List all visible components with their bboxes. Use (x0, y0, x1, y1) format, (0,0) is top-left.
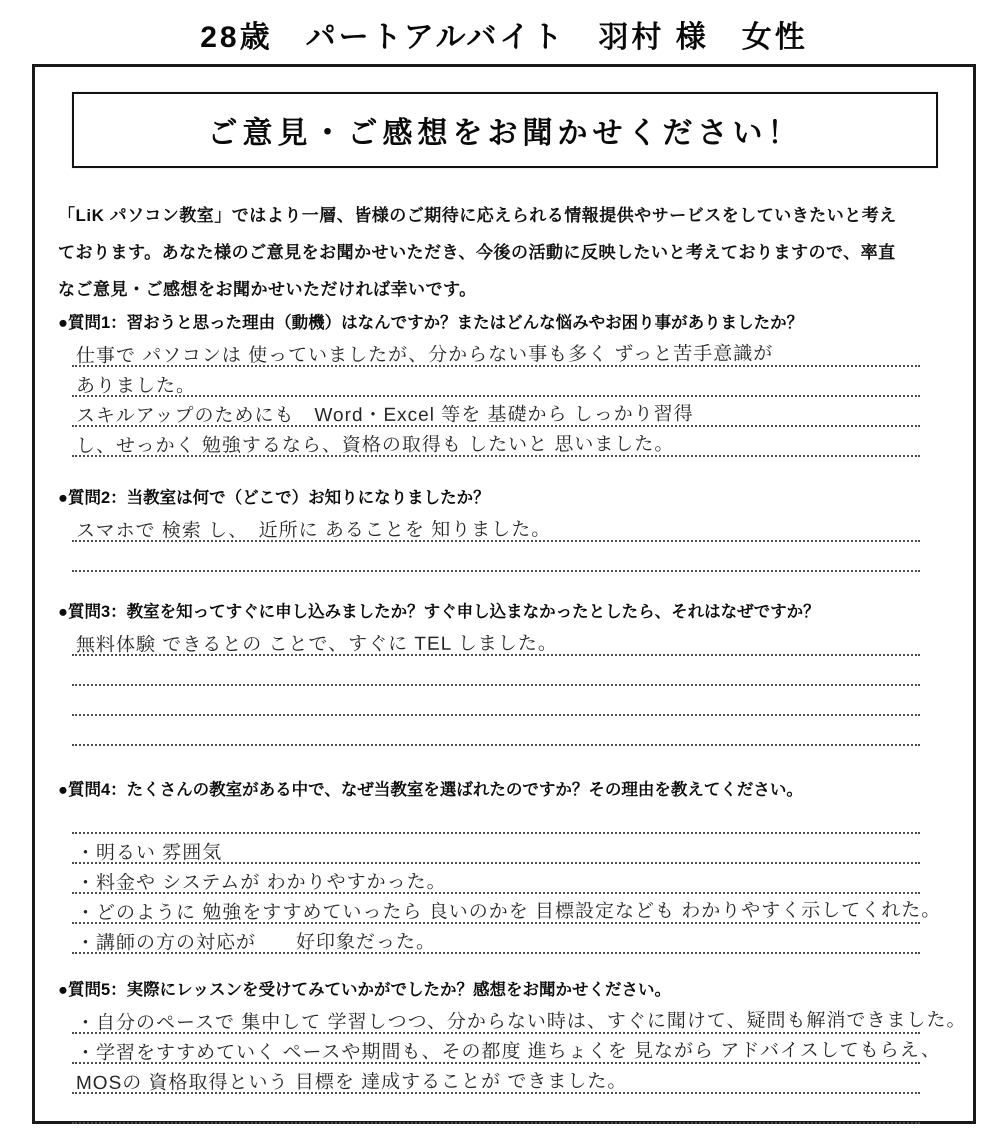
answer-line: スマホで 検索 し、 近所に あることを 知りました。 (72, 512, 920, 542)
answer-line: MOSの 資格取得という 目標を 達成することが できました。 (72, 1064, 920, 1094)
answer-line: ・明るい 雰囲気 (72, 834, 920, 864)
handwritten-answer: ・料金や システムが わかりやすかった。 (76, 867, 447, 895)
question-3-label: ●質問3：教室を知ってすぐに申し込みましたか？すぐ申し込まなかったとしたら、それ… (58, 601, 950, 624)
intro-line: ております。あなた様のご意見をお聞かせいただき、今後の活動に反映したいと考えてお… (58, 234, 948, 271)
handwritten-answer: ・講師の方の対応が 好印象だった。 (76, 927, 436, 955)
intro-line: なご意見・ご感想をお聞かせいただければ幸いです。 (58, 271, 948, 308)
answer-line: ・学習をすすめていく ペースや期間も、その都度 進ちょくを 見ながら アドバイス… (72, 1034, 920, 1064)
answer-line (72, 716, 920, 746)
question-1-answer-lines: 仕事で パソコンは 使っていましたが、分からない事も多く ずっと苦手意識が あり… (72, 337, 920, 457)
handwritten-answer: MOSの 資格取得という 目標を 達成することが できました。 (76, 1066, 627, 1095)
answer-line: ・料金や システムが わかりやすかった。 (72, 864, 920, 894)
question-3-answer-lines: 無料体験 できるとの ことで、すぐに TEL しました。 (72, 626, 920, 746)
answer-line: 仕事で パソコンは 使っていましたが、分からない事も多く ずっと苦手意識が (72, 337, 920, 367)
question-4-label: ●質問4：たくさんの教室がある中で、なぜ当教室を選ばれたのですか？その理由を教え… (58, 779, 950, 802)
page-title: 28歳 パートアルバイト 羽村 様 女性 (0, 12, 1008, 56)
answer-line (72, 1094, 920, 1124)
question-3-section: ●質問3：教室を知ってすぐに申し込みましたか？すぐ申し込まなかったとしたら、それ… (58, 601, 950, 746)
handwritten-answer: ・明るい 雰囲気 (76, 837, 222, 865)
question-2-answer-lines: スマホで 検索 し、 近所に あることを 知りました。 (72, 512, 920, 572)
handwritten-answer: 無料体験 できるとの ことで、すぐに TEL しました。 (76, 628, 558, 657)
handwritten-answer: 仕事で パソコンは 使っていましたが、分からない事も多く ずっと苦手意識が (76, 339, 773, 368)
answer-line (72, 542, 920, 572)
intro-line: 「LiK パソコン教室」ではより一層、皆様のご期待に応えられる情報提供やサービス… (58, 197, 948, 234)
handwritten-answer: ・どのように 勉強をすすめていったら 良いのかを 目標設定なども わかりやすく示… (76, 895, 941, 925)
handwritten-answer: スキルアップのためにも Word・Excel 等を 基礎から しっかり習得 (76, 399, 694, 428)
handwritten-answer: ありました。 (76, 371, 196, 398)
question-5-label: ●質問5：実際にレッスンを受けてみていかがでしたか？感想をお聞かせください。 (58, 979, 950, 1002)
answer-line (72, 804, 920, 834)
answer-line: し、せっかく 勉強するなら、資格の取得も したいと 思いました。 (72, 427, 920, 457)
form-header-title: ご意見・ご感想をお聞かせください！ (208, 108, 803, 152)
question-1-label: ●質問1：習おうと思った理由（動機）はなんですか？またはどんな悩みやお困り事があ… (58, 312, 950, 335)
answer-line: ・講師の方の対応が 好印象だった。 (72, 924, 920, 954)
answer-line: スキルアップのためにも Word・Excel 等を 基礎から しっかり習得 (72, 397, 920, 427)
answer-line (72, 656, 920, 686)
answer-line: 無料体験 できるとの ことで、すぐに TEL しました。 (72, 626, 920, 656)
question-5-answer-lines: ・自分のペースで 集中して 学習しつつ、分からない時は、すぐに聞けて、疑問も解消… (72, 1004, 920, 1124)
handwritten-answer: ・学習をすすめていく ペースや期間も、その都度 進ちょくを 見ながら アドバイス… (76, 1035, 941, 1065)
question-4-section: ●質問4：たくさんの教室がある中で、なぜ当教室を選ばれたのですか？その理由を教え… (58, 779, 950, 954)
question-5-section: ●質問5：実際にレッスンを受けてみていかがでしたか？感想をお聞かせください。 ・… (58, 979, 950, 1124)
form-header-box: ご意見・ご感想をお聞かせください！ (72, 92, 938, 168)
answer-line: ありました。 (72, 367, 920, 397)
question-4-answer-lines: ・明るい 雰囲気 ・料金や システムが わかりやすかった。 ・どのように 勉強を… (72, 804, 920, 954)
answer-line (72, 686, 920, 716)
answer-line: ・どのように 勉強をすすめていったら 良いのかを 目標設定なども わかりやすく示… (72, 894, 920, 924)
intro-paragraph: 「LiK パソコン教室」ではより一層、皆様のご期待に応えられる情報提供やサービス… (58, 197, 948, 308)
handwritten-answer: ・自分のペースで 集中して 学習しつつ、分からない時は、すぐに聞けて、疑問も解消… (76, 1005, 967, 1035)
question-2-label: ●質問2：当教室は何で（どこで）お知りになりましたか？ (58, 487, 950, 510)
handwritten-answer: スマホで 検索 し、 近所に あることを 知りました。 (76, 514, 551, 543)
question-1-section: ●質問1：習おうと思った理由（動機）はなんですか？またはどんな悩みやお困り事があ… (58, 312, 950, 457)
question-2-section: ●質問2：当教室は何で（どこで）お知りになりましたか？ スマホで 検索 し、 近… (58, 487, 950, 572)
handwritten-answer: し、せっかく 勉強するなら、資格の取得も したいと 思いました。 (76, 429, 675, 458)
answer-line: ・自分のペースで 集中して 学習しつつ、分からない時は、すぐに聞けて、疑問も解消… (72, 1004, 920, 1034)
